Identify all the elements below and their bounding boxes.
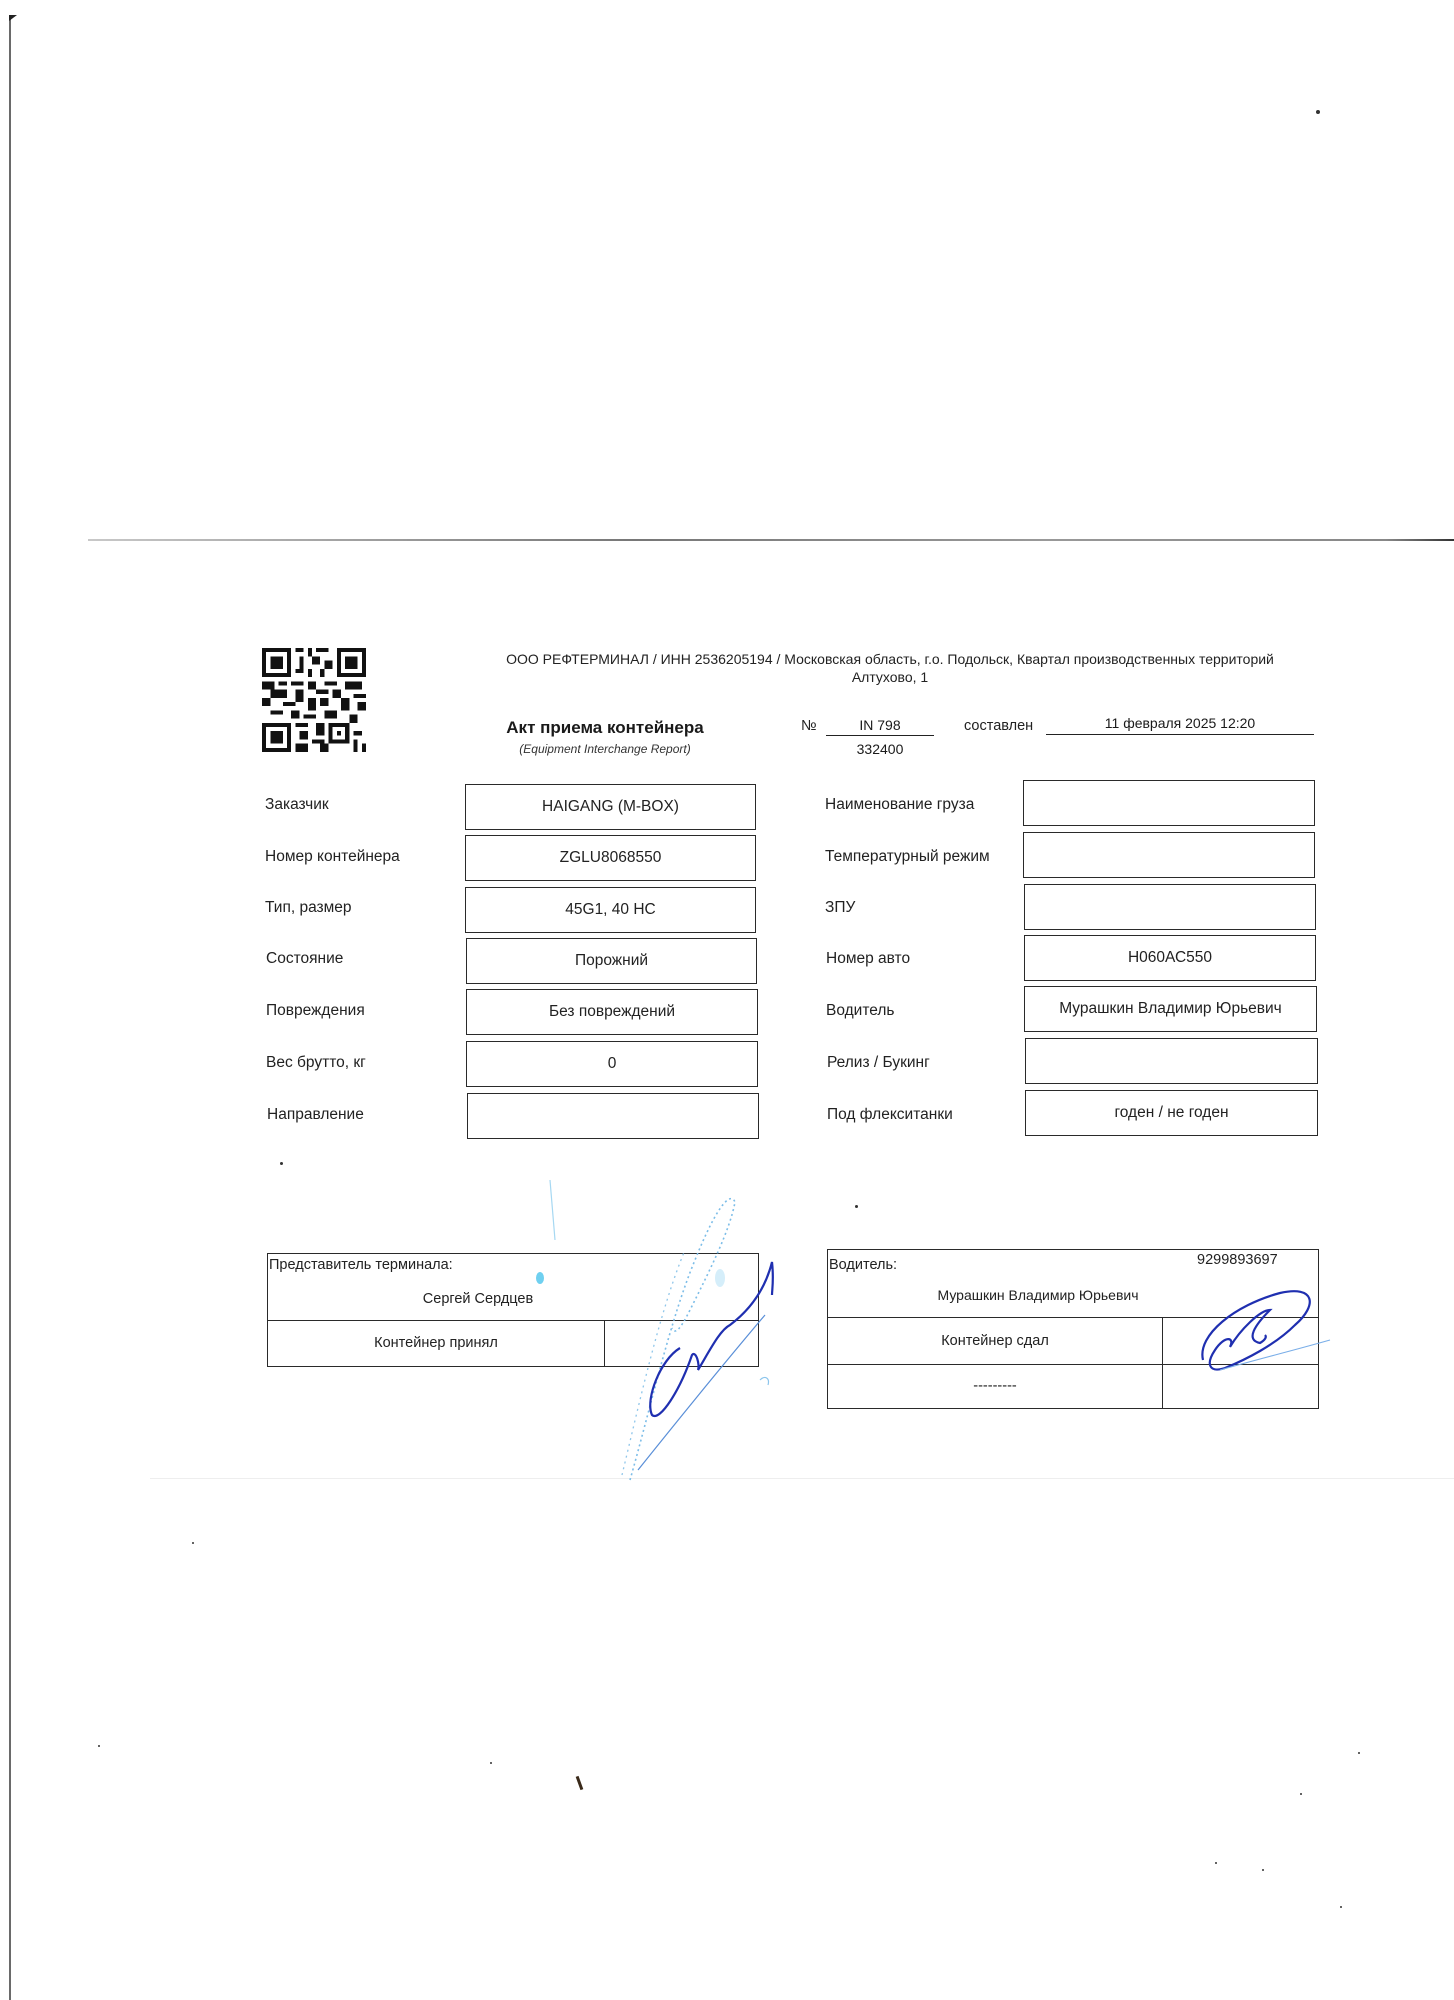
terminal-representative-label: Представитель терминала:	[269, 1257, 453, 1273]
document-number: IN 798	[826, 717, 934, 736]
scan-speck	[1358, 1752, 1360, 1754]
driver-signature-icon	[1195, 1285, 1335, 1385]
scan-mark	[576, 1776, 584, 1790]
document-title: Акт приема контейнера	[470, 718, 740, 738]
number-sign: №	[801, 718, 817, 734]
company-line: ООО РЕФТЕРМИНАЛ / ИНН 2536205194 / Моско…	[440, 650, 1340, 668]
composed-date: 11 февраля 2025 12:20	[1046, 715, 1314, 735]
field-label-direction: Направление	[267, 1106, 364, 1124]
field-label-vehicle-number: Номер авто	[826, 950, 910, 968]
field-value-container-number: ZGLU8068550	[465, 835, 756, 881]
field-value-release-booking	[1025, 1038, 1318, 1084]
company-header: ООО РЕФТЕРМИНАЛ / ИНН 2536205194 / Моско…	[440, 650, 1340, 686]
document-subtitle: (Equipment Interchange Report)	[470, 742, 740, 756]
scan-speck	[855, 1205, 858, 1208]
terminal-signature-icon	[600, 1150, 820, 1490]
scan-speck	[98, 1745, 100, 1747]
scan-speck	[1300, 1793, 1302, 1795]
field-value-condition: Порожний	[466, 938, 757, 984]
field-label-seal: ЗПУ	[825, 899, 855, 917]
scan-speck	[280, 1162, 283, 1165]
field-value-type-size: 45G1, 40 HC	[465, 887, 756, 933]
company-address: Алтухово, 1	[440, 668, 1340, 686]
field-value-vehicle-number: Н060АС550	[1024, 935, 1316, 981]
field-label-release-booking: Релиз / Букинг	[827, 1054, 930, 1072]
field-label-flexitank: Под флекситанки	[827, 1106, 953, 1124]
scan-speck	[1262, 1869, 1264, 1871]
field-value-gross-weight: 0	[466, 1041, 758, 1087]
field-label-temperature: Температурный режим	[825, 848, 990, 866]
field-value-cargo-name	[1023, 780, 1315, 826]
field-value-seal	[1024, 884, 1316, 930]
container-handed-over-label: Контейнер сдал	[828, 1333, 1162, 1349]
scan-speck	[192, 1542, 194, 1544]
field-label-customer: Заказчик	[265, 796, 329, 814]
scan-speck	[490, 1762, 492, 1764]
field-value-driver: Мурашкин Владимир Юрьевич	[1024, 986, 1317, 1032]
field-value-flexitank: годен / не годен	[1025, 1090, 1318, 1136]
composed-label: составлен	[964, 718, 1033, 734]
field-value-damages: Без повреждений	[466, 989, 758, 1035]
document-sub-number: 332400	[826, 741, 934, 757]
driver-extra-field: ---------	[828, 1378, 1162, 1394]
field-value-temperature	[1023, 832, 1315, 878]
field-label-gross-weight: Вес брутто, кг	[266, 1054, 366, 1072]
driver-name: Мурашкин Владимир Юрьевич	[828, 1287, 1248, 1303]
paper-fold-line	[88, 539, 1454, 541]
field-label-condition: Состояние	[266, 950, 343, 968]
field-label-cargo-name: Наименование груза	[825, 796, 974, 814]
driver-phone: 9299893697	[1197, 1252, 1278, 1268]
scan-edge-line	[9, 16, 11, 2000]
scan-speck	[1215, 1862, 1217, 1864]
container-accepted-label: Контейнер принял	[268, 1335, 604, 1351]
field-value-direction	[467, 1093, 759, 1139]
field-label-type-size: Тип, размер	[265, 899, 352, 917]
field-value-customer: HAIGANG (M-BOX)	[465, 784, 756, 830]
driver-label: Водитель:	[829, 1257, 897, 1273]
field-label-container-number: Номер контейнера	[265, 848, 400, 866]
qr-code-icon	[262, 648, 366, 752]
scan-corner-mark	[9, 15, 17, 21]
field-label-driver: Водитель	[826, 1002, 894, 1020]
field-label-damages: Повреждения	[266, 1002, 365, 1020]
scan-speck	[1340, 1906, 1342, 1908]
scan-speck	[1316, 110, 1320, 114]
